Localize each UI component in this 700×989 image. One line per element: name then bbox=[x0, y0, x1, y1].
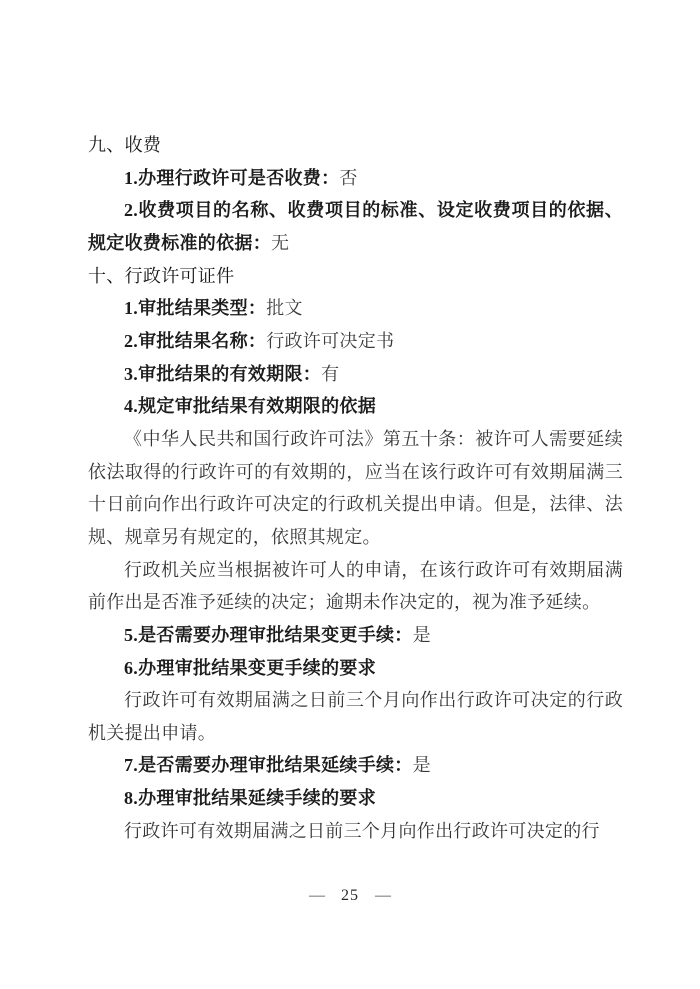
item-value: 行政许可决定书 bbox=[266, 331, 394, 351]
item-renewal-procedure-required: 7.是否需要办理审批结果延续手续：是 bbox=[88, 749, 623, 782]
footer-dash-right: — bbox=[375, 887, 391, 904]
item-renewal-procedure-heading: 8.办理审批结果延续手续的要求 bbox=[88, 782, 623, 815]
item-value: 是 bbox=[413, 755, 431, 775]
footer-dash-left: — bbox=[309, 887, 325, 904]
section-heading-license-certificate: 十、行政许可证件 bbox=[88, 260, 623, 293]
item-label: 7.是否需要办理审批结果延续手续： bbox=[124, 755, 413, 775]
item-result-name: 2.审批结果名称：行政许可决定书 bbox=[88, 325, 623, 358]
item-validity-basis-heading: 4.规定审批结果有效期限的依据 bbox=[88, 390, 623, 423]
document-page: 九、收费 1.办理行政许可是否收费：否 2.收费项目的名称、收费项目的标准、设定… bbox=[0, 0, 700, 989]
item-label: 3.审批结果的有效期限： bbox=[124, 364, 321, 384]
item-result-type: 1.审批结果类型：批文 bbox=[88, 292, 623, 325]
item-fee-basis: 2.收费项目的名称、收费项目的标准、设定收费项目的依据、规定收费标准的依据：无 bbox=[88, 194, 623, 259]
page-footer: —25— bbox=[0, 886, 700, 906]
item-fee-required: 1.办理行政许可是否收费：否 bbox=[88, 162, 623, 195]
item-change-procedure-required: 5.是否需要办理审批结果变更手续：是 bbox=[88, 619, 623, 652]
body-paragraph-law-article50: 《中华人民共和国行政许可法》第五十条：被许可人需要延续依法取得的行政许可的有效期… bbox=[88, 423, 623, 554]
item-label: 1.审批结果类型： bbox=[124, 298, 266, 318]
item-value: 有 bbox=[321, 364, 339, 384]
item-label: 4.规定审批结果有效期限的依据 bbox=[124, 396, 376, 416]
item-change-procedure-heading: 6.办理审批结果变更手续的要求 bbox=[88, 652, 623, 685]
item-value: 无 bbox=[271, 233, 289, 253]
body-paragraph-change-requirement: 行政许可有效期届满之日前三个月向作出行政许可决定的行政机关提出申请。 bbox=[88, 684, 623, 749]
item-label: 8.办理审批结果延续手续的要求 bbox=[124, 788, 376, 808]
body-paragraph-renewal-requirement: 行政许可有效期届满之日前三个月向作出行政许可决定的行 bbox=[88, 815, 623, 848]
item-value: 否 bbox=[339, 168, 357, 188]
page-number: 25 bbox=[341, 886, 359, 906]
document-content: 九、收费 1.办理行政许可是否收费：否 2.收费项目的名称、收费项目的标准、设定… bbox=[88, 129, 623, 847]
item-label: 2.审批结果名称： bbox=[124, 331, 266, 351]
item-validity-period: 3.审批结果的有效期限：有 bbox=[88, 358, 623, 391]
item-label: 6.办理审批结果变更手续的要求 bbox=[124, 658, 376, 678]
item-label: 1.办理行政许可是否收费： bbox=[124, 168, 339, 188]
section-heading-fees: 九、收费 bbox=[88, 129, 623, 162]
item-label: 5.是否需要办理审批结果变更手续： bbox=[124, 625, 413, 645]
body-paragraph-renewal-decision: 行政机关应当根据被许可人的申请，在该行政许可有效期届满前作出是否准予延续的决定；… bbox=[88, 554, 623, 619]
item-label: 2.收费项目的名称、收费项目的标准、设定收费项目的依据、规定收费标准的依据： bbox=[88, 200, 623, 253]
item-value: 是 bbox=[413, 625, 431, 645]
item-value: 批文 bbox=[266, 298, 303, 318]
